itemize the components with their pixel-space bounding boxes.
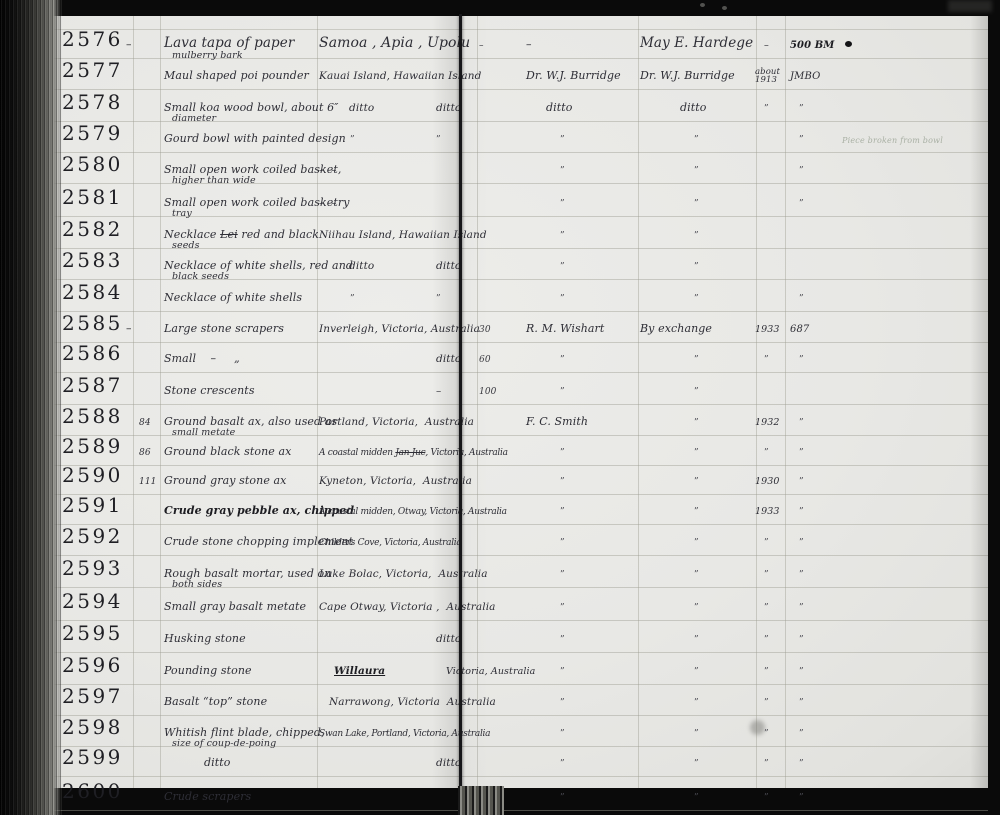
description-text: red and black — [238, 228, 319, 241]
number-dash: – — [126, 38, 132, 51]
book-page-stack-edge — [0, 0, 62, 815]
ledger-row-2589: 258986Ground black stone axA coastal mid… — [52, 436, 988, 466]
ledger-row-2594: 2594Small gray basalt metateCape Otway, … — [52, 588, 988, 621]
donor: ditto — [640, 101, 707, 114]
collector: Dr. W.J. Burridge — [526, 69, 621, 82]
catalog-number: 2577 — [62, 58, 123, 82]
catalog-number: 2591 — [62, 493, 123, 517]
donor: ” — [694, 418, 698, 428]
stain-blot — [750, 720, 765, 735]
reference: ” — [799, 135, 803, 145]
donor: ” — [694, 135, 698, 145]
scan-speck — [700, 3, 705, 7]
description: Gourd bowl with painted design — [164, 132, 346, 145]
locality-struck-word: Jan Juc — [395, 448, 425, 458]
catalog-number: 2587 — [62, 373, 123, 397]
donor: ” — [694, 448, 698, 458]
date: ” — [764, 603, 768, 613]
description: Husking stone — [164, 632, 246, 645]
reference: ” — [799, 698, 803, 708]
reference: ” — [799, 355, 803, 365]
locality: ditto — [319, 102, 374, 114]
sub-number: 84 — [139, 418, 151, 428]
ledger-row-2596: 2596Pounding stoneWillauraVictoria, Aust… — [52, 653, 988, 685]
description: Ground basalt ax, also used assmall meta… — [164, 415, 337, 428]
ledger-row-2588: 258884Ground basalt ax, also used assmal… — [52, 405, 988, 436]
pencil-note: Piece broken from bowl — [842, 136, 943, 145]
collector: ” — [560, 355, 564, 365]
reference: ” — [799, 759, 803, 769]
description: ditto — [164, 756, 231, 769]
description: Small – „ — [164, 352, 240, 365]
donor: ” — [694, 294, 698, 304]
collector: ” — [560, 262, 564, 272]
reference: ” — [799, 418, 803, 428]
date: ” — [764, 759, 768, 769]
reference: ” — [799, 199, 803, 209]
locality-text: A coastal midden — [319, 448, 395, 458]
ledger-row-2600: 2600Crude scrapers10”””” — [52, 777, 988, 811]
description: Necklace of white shells — [164, 291, 302, 304]
donor: ” — [694, 570, 698, 580]
collector: ditto — [526, 101, 573, 114]
date: ” — [764, 667, 768, 677]
ledger-row-2580: 2580Small open work coiled basket,higher… — [52, 153, 988, 184]
reference: ” — [799, 507, 803, 517]
catalog-number: 2589 — [62, 434, 123, 458]
donor: ” — [694, 507, 698, 517]
collector: ” — [560, 729, 564, 739]
ledger-page: 2576–Lava tapa of papermulberry barkSamo… — [52, 16, 988, 788]
catalog-number: 2581 — [62, 185, 123, 209]
collector: R. M. Wishart — [526, 322, 604, 335]
ledger-rows: 2576–Lava tapa of papermulberry barkSamo… — [52, 16, 988, 811]
reference: ” — [799, 477, 803, 487]
ledger-scan: 2576–Lava tapa of papermulberry barkSamo… — [0, 0, 1000, 815]
description: Large stone scrapers — [164, 322, 284, 335]
collector: ” — [560, 538, 564, 548]
catalog-number: 2594 — [62, 589, 123, 613]
ledger-row-2598: 2598Whitish flint blade, chipped,size of… — [52, 716, 988, 747]
ink-blot — [845, 32, 852, 51]
collector: ” — [560, 507, 564, 517]
date: ” — [764, 355, 768, 365]
donor: ” — [694, 166, 698, 176]
collector: F. C. Smith — [526, 415, 588, 428]
description: Stone crescents — [164, 384, 255, 397]
date: 1932 — [755, 417, 780, 428]
collector: ” — [560, 199, 564, 209]
date: ” — [764, 793, 768, 803]
catalog-number: 2599 — [62, 745, 123, 769]
reference: 687 — [790, 324, 809, 335]
date: ” — [764, 104, 768, 114]
catalog-number: 2588 — [62, 404, 123, 428]
reference: ” — [799, 793, 803, 803]
catalog-number: 2596 — [62, 653, 123, 677]
collector: ” — [560, 759, 564, 769]
catalog-number: 2593 — [62, 556, 123, 580]
description: Pounding stone — [164, 664, 252, 677]
collector: ” — [560, 448, 564, 458]
collector: ” — [560, 570, 564, 580]
donor: By exchange — [640, 322, 712, 335]
collector: ” — [560, 477, 564, 487]
description: Small koa wood bowl, about 6″diameter — [164, 101, 338, 114]
reference: ” — [799, 166, 803, 176]
locality: ditto — [319, 260, 374, 272]
description: Crude scrapers — [164, 790, 251, 803]
reference: ” — [799, 294, 803, 304]
catalog-number: 2595 — [62, 621, 123, 645]
donor: ” — [694, 603, 698, 613]
donor: ” — [694, 231, 698, 241]
date: ” — [764, 448, 768, 458]
reference: ” — [799, 729, 803, 739]
description: Basalt “top” stone — [164, 695, 267, 708]
date: – — [764, 40, 769, 51]
ledger-row-2599: 2599dittoditto”””” — [52, 747, 988, 777]
catalog-number: 2582 — [62, 217, 123, 241]
sub-number: 86 — [139, 448, 151, 458]
description: Ground gray stone ax — [164, 474, 286, 487]
donor: ” — [694, 667, 698, 677]
catalog-number: 2585 — [62, 311, 123, 335]
catalog-number: 2584 — [62, 280, 123, 304]
reference: ” — [799, 635, 803, 645]
date: ” — [764, 538, 768, 548]
date: 1930 — [755, 476, 780, 487]
collector: – — [526, 38, 532, 51]
date: 1933 — [755, 324, 780, 335]
catalog-number: 2597 — [62, 684, 123, 708]
locality: ” — [350, 294, 354, 304]
donor: ” — [694, 387, 698, 397]
ledger-row-2590: 2590111Ground gray stone axKyneton, Vict… — [52, 466, 988, 495]
date: about 1913 — [755, 68, 780, 84]
catalog-number: 2579 — [62, 121, 123, 145]
ledger-row-2595: 2595Husking stoneditto”””” — [52, 621, 988, 653]
date: ” — [764, 635, 768, 645]
description-text: Necklace — [164, 228, 220, 241]
collector: ” — [560, 166, 564, 176]
donor: ” — [694, 635, 698, 645]
description: Lava tapa of papermulberry bark — [164, 35, 294, 51]
reference: JMBO — [790, 71, 820, 82]
catalog-number: 2592 — [62, 524, 123, 548]
collector: ” — [560, 387, 564, 397]
sub-number: 111 — [139, 477, 156, 487]
catalog-number: 2600 — [62, 779, 123, 803]
reference: ” — [799, 667, 803, 677]
description-struck-word: Lei — [220, 228, 238, 241]
donor: ” — [694, 793, 698, 803]
description: Small open work coiled basket,higher tha… — [164, 163, 341, 176]
description: Small gray basalt metate — [164, 600, 306, 613]
catalog-number: 2583 — [62, 248, 123, 272]
catalog-number: 2578 — [62, 90, 123, 114]
collector: ” — [560, 294, 564, 304]
donor: ” — [694, 698, 698, 708]
ledger-row-2583: 2583Necklace of white shells, red andbla… — [52, 249, 988, 280]
catalog-number: 2580 — [62, 152, 123, 176]
donor: ” — [694, 262, 698, 272]
number-dash: – — [126, 322, 132, 335]
catalog-number: 2586 — [62, 341, 123, 365]
binding-tab — [458, 786, 504, 815]
reference: ” — [799, 104, 803, 114]
collector: ” — [560, 135, 564, 145]
donor: ” — [694, 355, 698, 365]
ledger-row-2577: 2577Maul shaped poi pounderKauai Island,… — [52, 59, 988, 90]
ledger-row-2591: 2591Crude gray pebble ax, chippedA coast… — [52, 495, 988, 525]
ink-blot-mark — [845, 41, 852, 47]
donor: May E. Hardege — [640, 35, 753, 51]
date: 1933 — [755, 506, 780, 517]
date: ” — [764, 570, 768, 580]
page-stack-stripes — [0, 0, 62, 815]
collector: ” — [560, 603, 564, 613]
ledger-row-2587: 2587Stone crescents–100”” — [52, 373, 988, 405]
scan-smudge — [948, 0, 992, 12]
collector: ” — [560, 698, 564, 708]
reference: ” — [799, 538, 803, 548]
gutter-fold — [459, 14, 462, 790]
reference: ” — [799, 603, 803, 613]
donor: ” — [694, 538, 698, 548]
ledger-row-2597: 2597Basalt “top” stoneNarrawong, Victori… — [52, 685, 988, 716]
locality: ” — [350, 135, 354, 145]
donor: ” — [694, 729, 698, 739]
description: Rough basalt mortar, used onboth sides — [164, 567, 331, 580]
description: Maul shaped poi pounder — [164, 69, 309, 82]
ledger-row-2584: 2584Necklace of white shells””””” — [52, 280, 988, 312]
collector: ” — [560, 635, 564, 645]
donor: ” — [694, 199, 698, 209]
donor: ” — [694, 477, 698, 487]
ledger-row-2578: 2578Small koa wood bowl, about 6″diamete… — [52, 90, 988, 122]
donor: ” — [694, 759, 698, 769]
description: Whitish flint blade, chipped,size of cou… — [164, 726, 325, 739]
collector: ” — [560, 231, 564, 241]
reference: 500 BM — [790, 40, 834, 51]
description: Ground black stone ax — [164, 445, 291, 458]
catalog-number: 2576 — [62, 27, 123, 51]
collector: ” — [560, 667, 564, 677]
date: ” — [764, 698, 768, 708]
locality: Willaura — [319, 665, 385, 677]
reference: ” — [799, 570, 803, 580]
catalog-number: 2590 — [62, 463, 123, 487]
description: Necklace Lei red and blackseeds — [164, 228, 319, 241]
page-edge-shadow — [970, 16, 988, 788]
ledger-row-2586: 2586Small – „ditto60”””” — [52, 343, 988, 373]
reference: ” — [799, 448, 803, 458]
ledger-row-2581: 2581Small open work coiled basketrytray–… — [52, 184, 988, 217]
locality: – – — [319, 197, 337, 209]
locality: – – — [319, 164, 337, 176]
ledger-row-2576: 2576–Lava tapa of papermulberry barkSamo… — [52, 16, 988, 59]
donor: Dr. W.J. Burridge — [640, 69, 735, 82]
collector: ” — [560, 793, 564, 803]
ledger-row-2593: 2593Rough basalt mortar, used onboth sid… — [52, 556, 988, 588]
ledger-row-2582: 2582Necklace Lei red and blackseedsNiiha… — [52, 217, 988, 249]
ledger-row-2579: 2579Gourd bowl with painted design”””””P… — [52, 122, 988, 153]
ledger-row-2585: 2585–Large stone scrapersInverleigh, Vic… — [52, 312, 988, 343]
ledger-row-2592: 2592Crude stone chopping implementChilde… — [52, 525, 988, 556]
scan-speck — [722, 6, 727, 10]
date: ” — [764, 729, 768, 739]
catalog-number: 2598 — [62, 715, 123, 739]
